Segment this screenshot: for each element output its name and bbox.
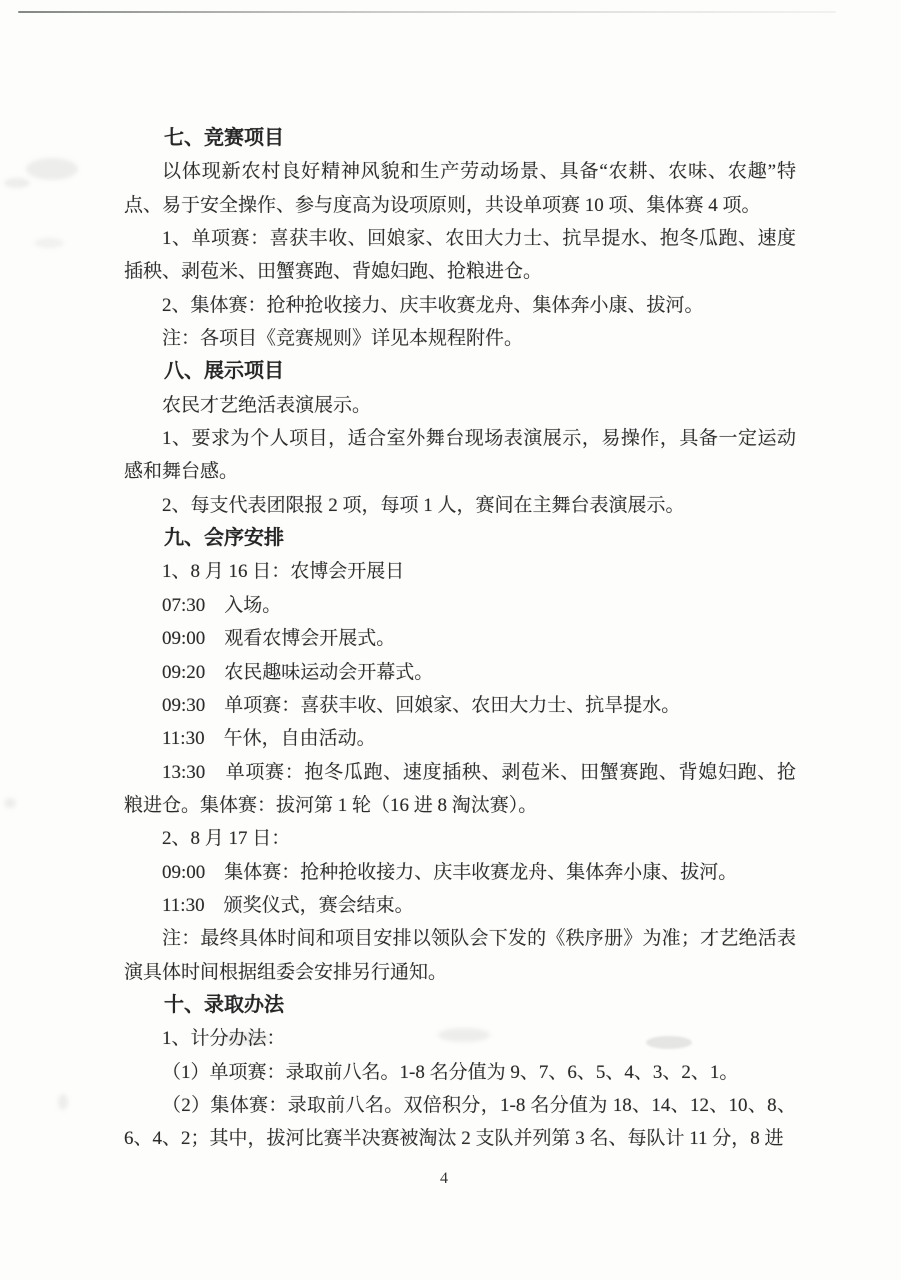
scan-smudge	[58, 1094, 68, 1110]
text-line: 09:20 农民趣味运动会开幕式。	[124, 656, 796, 689]
text-line: 粮进仓。集体赛：拔河第 1 轮（16 进 8 淘汰赛）。	[124, 789, 796, 822]
scan-smudge	[26, 158, 78, 180]
text-line: 注：各项目《竞赛规则》详见本规程附件。	[124, 322, 796, 355]
text-line: 演具体时间根据组委会安排另行通知。	[124, 956, 796, 989]
scan-smudge	[4, 798, 16, 808]
text-line: 注：最终具体时间和项目安排以领队会下发的《秩序册》为准；才艺绝活表	[124, 922, 796, 955]
scan-artifact-line	[18, 11, 836, 13]
section-heading: 八、展示项目	[124, 355, 796, 388]
text-line: 点、易于安全操作、参与度高为设项原则，共设单项赛 10 项、集体赛 4 项。	[124, 189, 796, 222]
text-line: 农民才艺绝活表演展示。	[124, 389, 796, 422]
text-line: 1、计分办法：	[124, 1022, 796, 1055]
text-line: 6、4、2；其中，拔河比赛半决赛被淘汰 2 支队并列第 3 名、每队计 11 分…	[124, 1122, 796, 1155]
section-heading: 七、竞赛项目	[124, 122, 796, 155]
text-line: 1、8 月 16 日：农博会开展日	[124, 555, 796, 588]
text-line: 07:30 入场。	[124, 589, 796, 622]
scanned-document-page: 七、竞赛项目以体现新农村良好精神风貌和生产劳动场景、具备“农耕、农味、农趣”特点…	[0, 0, 901, 1280]
scan-smudge	[34, 238, 64, 248]
text-line: 以体现新农村良好精神风貌和生产劳动场景、具备“农耕、农味、农趣”特	[124, 155, 796, 188]
scan-smudge	[4, 178, 30, 188]
text-line: 09:00 观看农博会开展式。	[124, 622, 796, 655]
text-line: 感和舞台感。	[124, 455, 796, 488]
page-number: 4	[424, 1170, 464, 1188]
text-line: 09:30 单项赛：喜获丰收、回娘家、农田大力士、抗旱提水。	[124, 689, 796, 722]
document-content: 七、竞赛项目以体现新农村良好精神风貌和生产劳动场景、具备“农耕、农味、农趣”特点…	[124, 122, 796, 1156]
text-line: （1）单项赛：录取前八名。1-8 名分值为 9、7、6、5、4、3、2、1。	[124, 1056, 796, 1089]
text-line: 11:30 颁奖仪式，赛会结束。	[124, 889, 796, 922]
text-line: 13:30 单项赛：抱冬瓜跑、速度插秧、剥苞米、田蟹赛跑、背媳妇跑、抢	[124, 756, 796, 789]
text-line: 2、每支代表团限报 2 项，每项 1 人，赛间在主舞台表演展示。	[124, 489, 796, 522]
section-heading: 九、会序安排	[124, 522, 796, 555]
text-line: 插秧、剥苞米、田蟹赛跑、背媳妇跑、抢粮进仓。	[124, 255, 796, 288]
text-line: 11:30 午休，自由活动。	[124, 722, 796, 755]
section-heading: 十、录取办法	[124, 989, 796, 1022]
text-line: 1、单项赛：喜获丰收、回娘家、农田大力士、抗旱提水、抱冬瓜跑、速度	[124, 222, 796, 255]
text-line: 09:00 集体赛：抢种抢收接力、庆丰收赛龙舟、集体奔小康、拔河。	[124, 856, 796, 889]
text-line: 2、集体赛：抢种抢收接力、庆丰收赛龙舟、集体奔小康、拔河。	[124, 289, 796, 322]
text-line: 2、8 月 17 日：	[124, 822, 796, 855]
text-line: 1、要求为个人项目，适合室外舞台现场表演展示，易操作，具备一定运动	[124, 422, 796, 455]
text-line: （2）集体赛：录取前八名。双倍积分，1-8 名分值为 18、14、12、10、8…	[124, 1089, 796, 1122]
